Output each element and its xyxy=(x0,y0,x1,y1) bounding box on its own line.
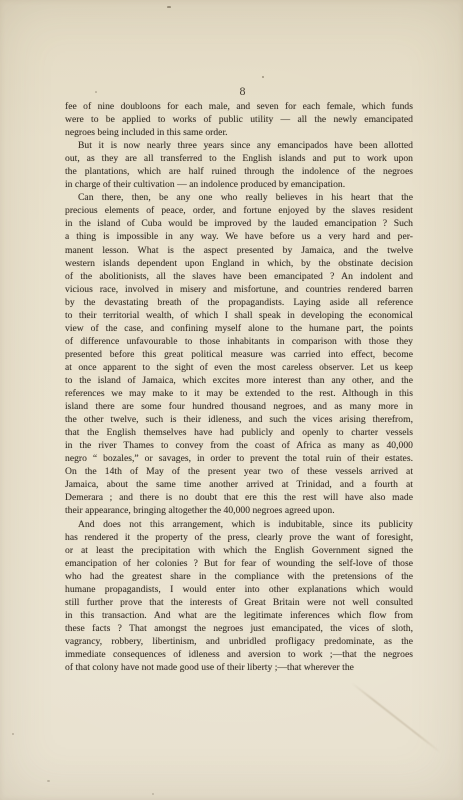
text-line: by the devastating breath of the propaga… xyxy=(65,296,413,309)
text-line: or at least the precipitation with which… xyxy=(65,544,413,557)
text-line: to the island of Jamaica, which excites … xyxy=(65,374,413,387)
text-line: in the river Thames to convey from the c… xyxy=(65,439,413,452)
text-line: still further prove that the interests o… xyxy=(65,596,413,609)
paper-crease xyxy=(351,682,441,753)
text-line: a thing is impossible in any way. We hav… xyxy=(65,230,413,243)
ink-speck xyxy=(152,793,154,795)
text-line: precious elements of peace, order, and f… xyxy=(65,204,413,217)
text-line: Demerara ; and there is no doubt that er… xyxy=(65,491,413,504)
text-line: vicious race, involved in misery and mis… xyxy=(65,283,413,296)
text-line: western islands dependent upon England i… xyxy=(65,257,413,270)
text-line: that the English themselves have had pub… xyxy=(65,426,413,439)
text-line: out, as they are all transferred to the … xyxy=(65,152,413,165)
text-line: view of the case, and confining myself a… xyxy=(65,322,413,335)
ink-speck xyxy=(47,780,50,782)
text-line: who had the greatest share in the compli… xyxy=(65,570,413,583)
ink-speck xyxy=(12,733,14,735)
text-line: in the island of Cuba would be improved … xyxy=(65,217,413,230)
text-line: in charge of their cultivation — an indo… xyxy=(65,178,413,191)
ink-speck xyxy=(262,76,264,78)
text-line: to their territorial wealth, of which I … xyxy=(65,309,413,322)
text-line: of the abolitionists, all the slaves hav… xyxy=(65,270,413,283)
text-line: these facts ? That amongst the negroes j… xyxy=(65,622,413,635)
text-line: presented before this great political me… xyxy=(65,348,413,361)
text-line: vagrancy, robbery, libertinism, and unbr… xyxy=(65,635,413,648)
text-line: island there are some four hundred thous… xyxy=(65,400,413,413)
text-line: references we may make to it may be exte… xyxy=(65,387,413,400)
text-line: of difference unfavourable to those inha… xyxy=(65,335,413,348)
page-text: fee of nine doubloons for each male, and… xyxy=(65,100,413,674)
text-line: has rendered it the property of the pres… xyxy=(65,531,413,544)
text-line: were to be applied to works of public ut… xyxy=(65,113,413,126)
text-line: manent lesson. What is the aspect presen… xyxy=(65,244,413,257)
text-line: the other twelve, such is their idleness… xyxy=(65,413,413,426)
text-line: fee of nine doubloons for each male, and… xyxy=(65,100,413,113)
text-line: negro “ bozales,” or savages, in order t… xyxy=(65,452,413,465)
text-line: And does not this arrangement, which is … xyxy=(65,518,413,531)
ink-speck xyxy=(95,91,97,93)
text-line: Can there, then, be any one who really b… xyxy=(65,191,413,204)
text-line: immediate consequences of idleness and a… xyxy=(65,648,413,661)
text-line: emancipation of her colonies ? But for f… xyxy=(65,557,413,570)
text-line: negroes being included in this same orde… xyxy=(65,126,413,139)
ink-speck xyxy=(167,6,171,8)
text-line: of that colony have not made good use of… xyxy=(65,661,413,674)
text-line: On the 14th of May of the present year t… xyxy=(65,465,413,478)
book-page: 8 fee of nine doubloons for each male, a… xyxy=(0,0,463,800)
text-line: in this transaction. And what are the le… xyxy=(65,609,413,622)
text-line: humane propagandists, I would enter into… xyxy=(65,583,413,596)
text-line: Jamaica, about the same time another arr… xyxy=(65,478,413,491)
text-line: at once apparent to the sight of even th… xyxy=(65,361,413,374)
page-number: 8 xyxy=(65,84,421,99)
text-line: their appearance, bringing altogether th… xyxy=(65,504,413,517)
text-line: But it is now nearly three years since a… xyxy=(65,139,413,152)
text-line: the plantations, which are half ruined t… xyxy=(65,165,413,178)
